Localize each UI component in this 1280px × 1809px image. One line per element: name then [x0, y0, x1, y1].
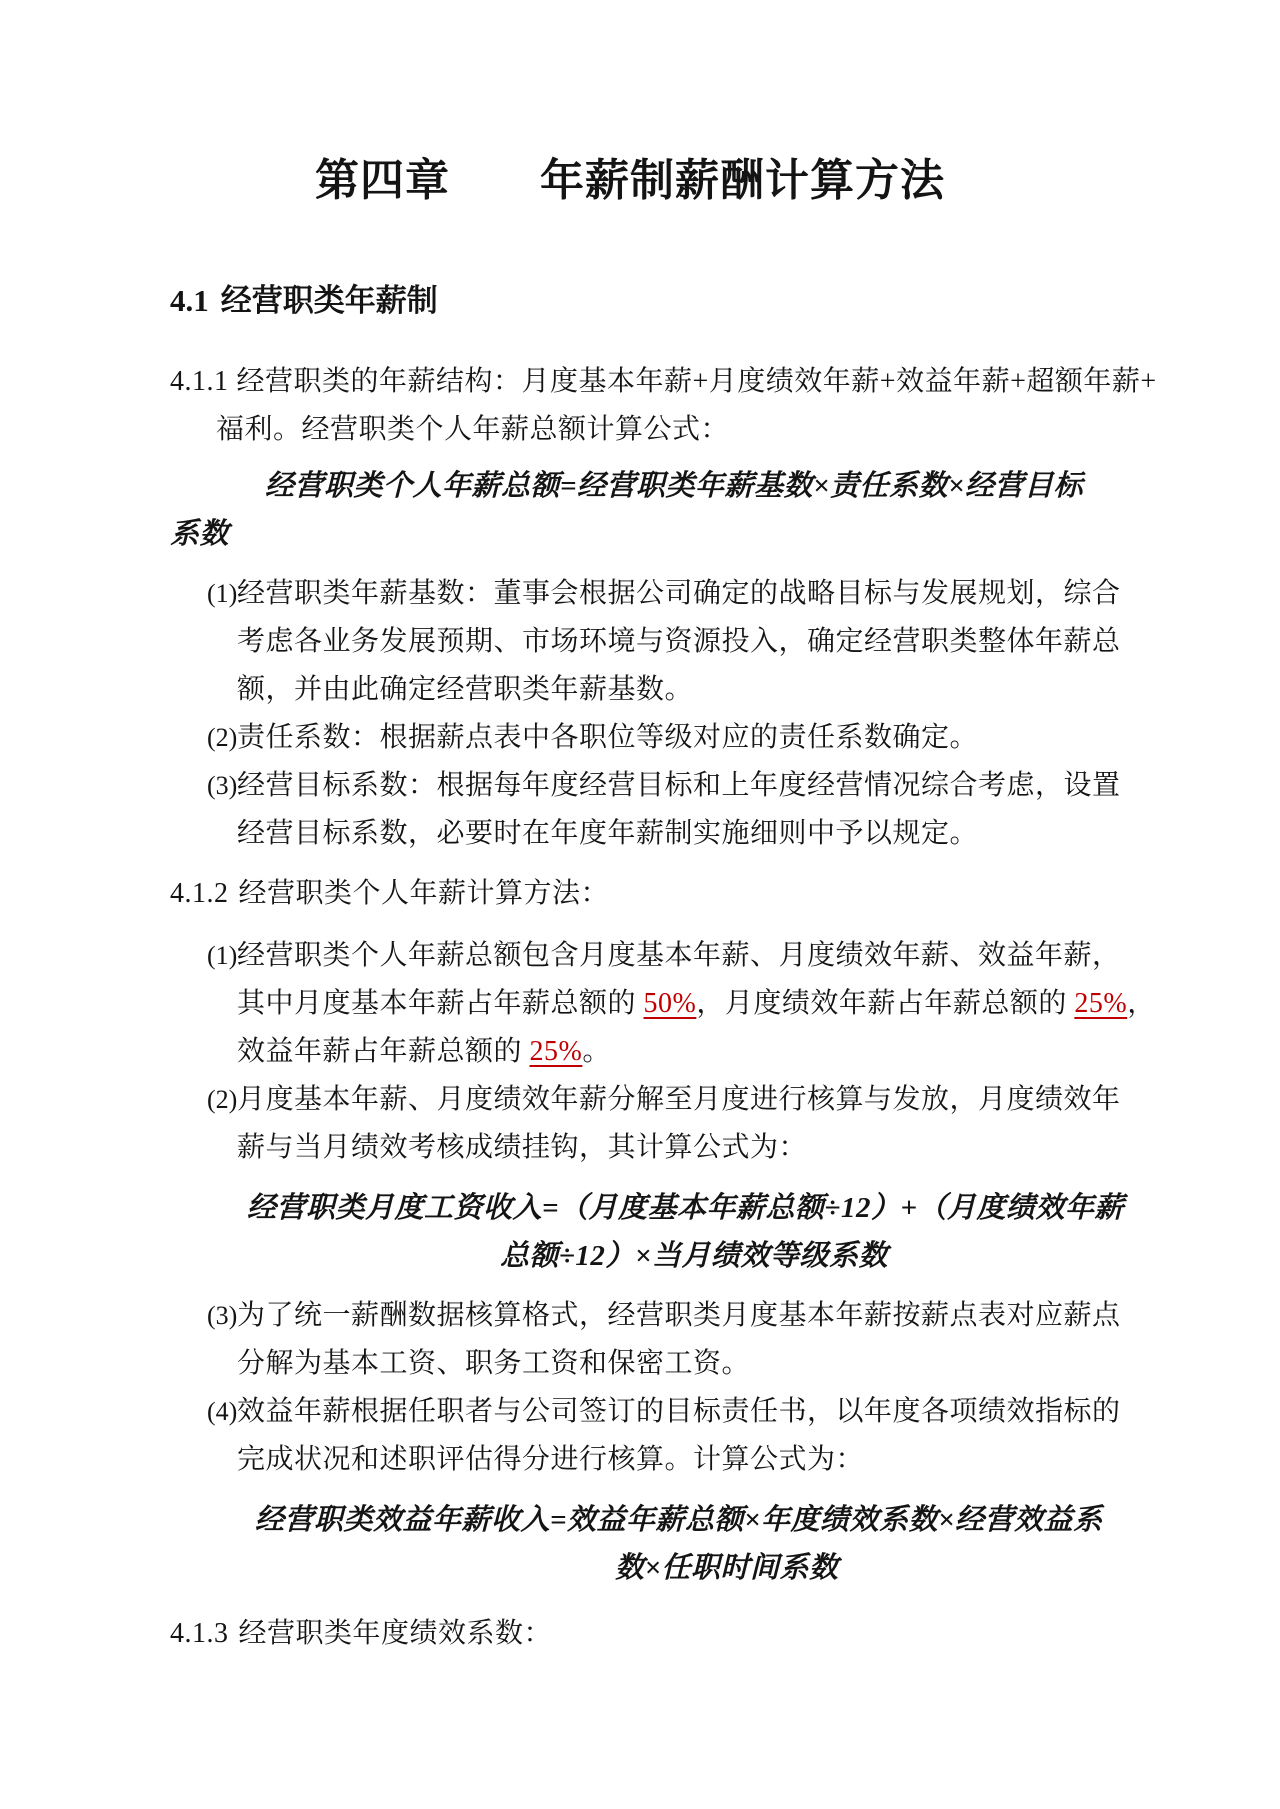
document-page: 第四章 年薪制薪酬计算方法 4.1经营职类年薪制 4.1.1经营职类的年薪结构：…	[0, 0, 1280, 1809]
list-item-2: (2) 责任系数：根据薪点表中各职位等级对应的责任系数确定。	[170, 714, 1110, 762]
list-item-412-3-line-1: 为了统一薪酬数据核算格式，经营职类月度基本年薪按薪点表对应薪点	[237, 1292, 1110, 1340]
formula-benefit-salary-line-1: 经营职类效益年薪收入=效益年薪总额×年度绩效系数×经营效益系	[255, 1496, 1110, 1544]
list-item-3-line-2: 经营目标系数，必要时在年度年薪制实施细则中予以规定。	[237, 810, 1110, 858]
line-3-segment-a: 效益年薪占年薪总额的	[237, 1036, 530, 1067]
list-item-1-line-3: 额，并由此确定经营职类年薪基数。	[237, 666, 1110, 714]
line-2-segment-b: ，月度绩效年薪占年薪总额的	[696, 988, 1074, 1019]
paragraph-number-4-1-1: 4.1.1	[170, 366, 229, 397]
formula-monthly-wage-line-2: 总额÷12）×当月绩效等级系数	[500, 1232, 1110, 1280]
section-number-4-1-2: 4.1.2	[170, 878, 229, 909]
list-item-412-2-number: (2)	[207, 1076, 237, 1124]
list-item-1-line-2: 考虑各业务发展预期、市场环境与资源投入，确定经营职类整体年薪总	[237, 618, 1110, 666]
list-item-412-3: (3) 为了统一薪酬数据核算格式，经营职类月度基本年薪按薪点表对应薪点 分解为基…	[170, 1292, 1110, 1388]
percentage-50-value: 50%	[644, 988, 697, 1019]
section-heading-4-1-2-text: 经营职类个人年薪计算方法：	[239, 878, 610, 909]
formula-annual-salary-total-line-1: 经营职类个人年薪总额=经营职类年薪基数×责任系数×经营目标	[265, 462, 1110, 510]
section-number-4-1-3: 4.1.3	[170, 1618, 229, 1649]
list-item-1: (1) 经营职类年薪基数：董事会根据公司确定的战略目标与发展规划，综合 考虑各业…	[170, 570, 1110, 714]
formula-monthly-wage-line-1: 经营职类月度工资收入=（月度基本年薪总额÷12）+（月度绩效年薪	[247, 1184, 1110, 1232]
list-4-1-1: (1) 经营职类年薪基数：董事会根据公司确定的战略目标与发展规划，综合 考虑各业…	[170, 570, 1110, 858]
list-item-412-4: (4) 效益年薪根据任职者与公司签订的目标责任书，以年度各项绩效指标的 完成状况…	[170, 1388, 1110, 1484]
list-item-3-line-1: 经营目标系数：根据每年度经营目标和上年度经营情况综合考虑，设置	[237, 762, 1110, 810]
line-2-segment-c: ，	[1127, 988, 1156, 1019]
list-item-2-number: (2)	[207, 714, 237, 762]
list-item-412-1-line-3: 效益年薪占年薪总额的 25%。	[237, 1028, 1110, 1076]
list-item-412-2-line-1: 月度基本年薪、月度绩效年薪分解至月度进行核算与发放，月度绩效年	[237, 1076, 1110, 1124]
formula-annual-salary-total: 经营职类个人年薪总额=经营职类年薪基数×责任系数×经营目标 系数	[170, 462, 1110, 558]
list-item-412-1: (1) 经营职类个人年薪总额包含月度基本年薪、月度绩效年薪、效益年薪， 其中月度…	[170, 932, 1110, 1076]
list-item-412-1-number: (1)	[207, 932, 237, 980]
list-item-412-1-line-1: 经营职类个人年薪总额包含月度基本年薪、月度绩效年薪、效益年薪，	[237, 932, 1110, 980]
list-item-412-1-line-2: 其中月度基本年薪占年薪总额的 50%，月度绩效年薪占年薪总额的 25%，	[237, 980, 1110, 1028]
list-item-412-4-line-1: 效益年薪根据任职者与公司签订的目标责任书，以年度各项绩效指标的	[237, 1388, 1110, 1436]
section-heading-4-1-3-text: 经营职类年度绩效系数：	[239, 1618, 553, 1649]
formula-annual-salary-total-line-2: 系数	[170, 510, 1110, 558]
formula-monthly-wage: 经营职类月度工资收入=（月度基本年薪总额÷12）+（月度绩效年薪 总额÷12）×…	[170, 1184, 1110, 1280]
paragraph-4-1-1: 4.1.1经营职类的年薪结构：月度基本年薪+月度绩效年薪+效益年薪+超额年薪+ …	[170, 358, 1110, 454]
formula-benefit-salary: 经营职类效益年薪收入=效益年薪总额×年度绩效系数×经营效益系 数×任职时间系数	[170, 1496, 1110, 1592]
section-heading-4-1-2: 4.1.2经营职类个人年薪计算方法：	[170, 870, 1110, 918]
document-content: 第四章 年薪制薪酬计算方法 4.1经营职类年薪制 4.1.1经营职类的年薪结构：…	[170, 150, 1110, 1672]
section-number-4-1: 4.1	[170, 283, 209, 318]
list-item-412-2: (2) 月度基本年薪、月度绩效年薪分解至月度进行核算与发放，月度绩效年 薪与当月…	[170, 1076, 1110, 1172]
list-item-3: (3) 经营目标系数：根据每年度经营目标和上年度经营情况综合考虑，设置 经营目标…	[170, 762, 1110, 858]
paragraph-4-1-1-line-2: 福利。经营职类个人年薪总额计算公式：	[170, 406, 1110, 454]
line-3-segment-b: 。	[582, 1036, 611, 1067]
formula-benefit-salary-line-2: 数×任职时间系数	[615, 1544, 1110, 1592]
list-4-1-2-part-b: (3) 为了统一薪酬数据核算格式，经营职类月度基本年薪按薪点表对应薪点 分解为基…	[170, 1292, 1110, 1484]
list-item-2-line-1: 责任系数：根据薪点表中各职位等级对应的责任系数确定。	[237, 714, 1110, 762]
paragraph-4-1-1-line-1: 4.1.1经营职类的年薪结构：月度基本年薪+月度绩效年薪+效益年薪+超额年薪+	[170, 358, 1110, 406]
list-item-412-2-line-2: 薪与当月绩效考核成绩挂钩，其计算公式为：	[237, 1124, 1110, 1172]
list-item-1-line-1: 经营职类年薪基数：董事会根据公司确定的战略目标与发展规划，综合	[237, 570, 1110, 618]
list-item-412-4-number: (4)	[207, 1388, 237, 1436]
list-item-412-4-line-2: 完成状况和述职评估得分进行核算。计算公式为：	[237, 1436, 1110, 1484]
list-item-412-3-number: (3)	[207, 1292, 237, 1340]
percentage-25-value-2: 25%	[530, 1036, 583, 1067]
section-heading-4-1: 4.1经营职类年薪制	[170, 280, 1110, 322]
page-title: 第四章 年薪制薪酬计算方法	[170, 150, 1090, 212]
section-heading-4-1-3: 4.1.3经营职类年度绩效系数：	[170, 1610, 1110, 1658]
list-item-1-number: (1)	[207, 570, 237, 618]
list-item-3-number: (3)	[207, 762, 237, 810]
list-4-1-2-part-a: (1) 经营职类个人年薪总额包含月度基本年薪、月度绩效年薪、效益年薪， 其中月度…	[170, 932, 1110, 1172]
line-2-segment-a: 其中月度基本年薪占年薪总额的	[237, 988, 644, 1019]
percentage-25-value: 25%	[1074, 988, 1127, 1019]
paragraph-4-1-1-text-1: 经营职类的年薪结构：月度基本年薪+月度绩效年薪+效益年薪+超额年薪+	[237, 366, 1157, 397]
section-heading-4-1-text: 经营职类年薪制	[221, 283, 438, 318]
list-item-412-3-line-2: 分解为基本工资、职务工资和保密工资。	[237, 1340, 1110, 1388]
